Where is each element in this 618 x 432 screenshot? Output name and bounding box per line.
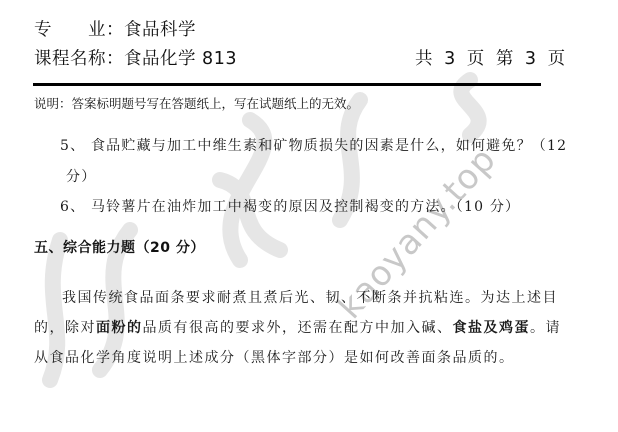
paragraph-line-3: 从食品化学角度说明上述成分（黑体字部分）是如何改善面条品质的。	[34, 347, 515, 367]
major-value: 食品科学	[124, 20, 196, 40]
question-5: 5、 食品贮藏与加工中维生素和矿物质损失的因素是什么，如何避免？（12	[60, 135, 567, 155]
major-label: 专 业：	[34, 20, 124, 40]
text-segment: 。请	[530, 320, 561, 336]
question-number: 5、	[60, 138, 85, 154]
question-text: 马铃薯片在油炸加工中褐变的原因及控制褐变的方法。（10 分）	[91, 199, 520, 215]
paragraph-line-2: 的，除对面粉的品质有很高的要求外，还需在配方中加入碱、食盐及鸡蛋。请	[34, 317, 561, 337]
question-6: 6、 马铃薯片在油炸加工中褐变的原因及控制褐变的方法。（10 分）	[60, 196, 520, 216]
bold-term-flour: 面粉的	[96, 320, 143, 336]
text-segment: 品质有很高的要求外，还需在配方中加入碱、	[143, 320, 453, 336]
paragraph-line-1: 我国传统食品面条要求耐煮且煮后光、韧、不断条并抗粘连。为达上述目	[62, 287, 558, 307]
bold-term-salt-eggs: 食盐及鸡蛋	[453, 320, 531, 336]
course-line: 课程名称：食品化学 813	[34, 45, 237, 70]
question-5-continuation: 分）	[66, 166, 96, 186]
header-divider	[33, 83, 541, 86]
question-number: 6、	[60, 199, 85, 215]
text-segment: 的，除对	[34, 320, 96, 336]
section-title: 五、综合能力题（20 分）	[34, 237, 205, 257]
course-value: 食品化学 813	[124, 49, 237, 69]
question-text: 食品贮藏与加工中维生素和矿物质损失的因素是什么，如何避免？（12	[91, 138, 567, 154]
course-label: 课程名称：	[34, 49, 124, 69]
instructions-note: 说明：答案标明题号写在答题纸上，写在试题纸上的无效。	[34, 94, 359, 112]
page-info: 共 3 页 第 3 页	[415, 45, 568, 70]
major-line: 专 业：食品科学	[34, 16, 196, 41]
